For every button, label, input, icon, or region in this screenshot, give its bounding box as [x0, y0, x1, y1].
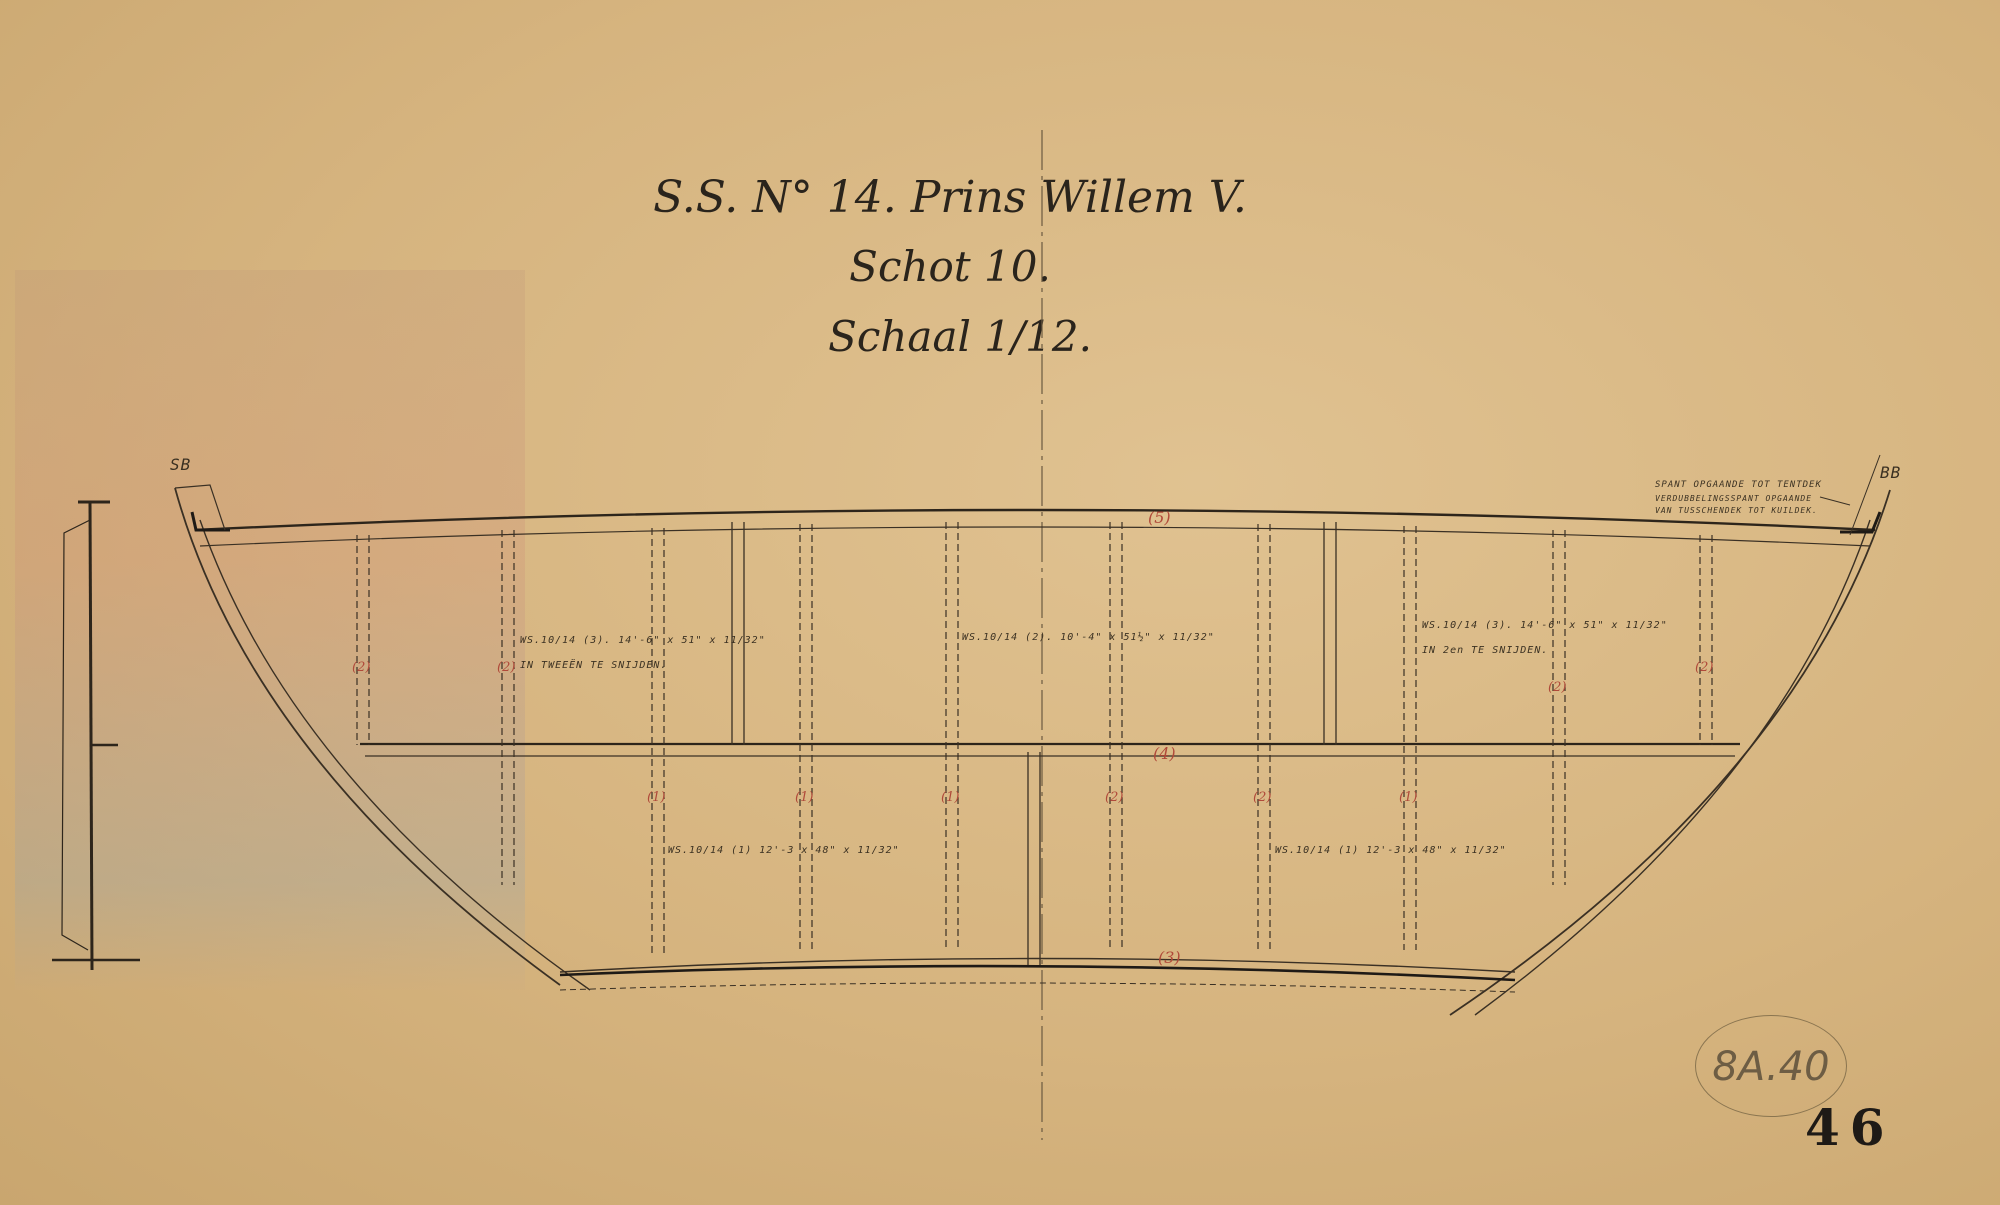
stiffener-mark: (1) [795, 790, 813, 805]
stiffener-mark: (1) [647, 790, 665, 805]
stiffener-mark: (2) [1105, 790, 1123, 805]
archive-id: 8A.40 [1696, 1044, 1846, 1090]
stiffener-mark: (1) [1399, 790, 1417, 805]
stiffener-mark: (1) [941, 790, 959, 805]
frame-note-line2: VERDUBBELINGSSPANT OPGAANDE [1655, 494, 1812, 503]
member-mark-middle: (4) [1153, 744, 1176, 763]
plate-spec-3: WS.10/14 (3). 14'-6" x 51" x 11/32" [1422, 620, 1668, 631]
plate-spec-4: WS.10/14 (1) 12'-3 x 48" x 11/32" [668, 845, 900, 856]
section-detail [52, 502, 140, 970]
corner-brackets [192, 512, 1880, 532]
side-label-right: BB [1880, 463, 1901, 482]
plate-spec-1: WS.10/14 (3). 14'-6" x 51" x 11/32" [520, 635, 766, 646]
frame-note-line3: VAN TUSSCHENDEK TOT KUILDEK. [1655, 506, 1818, 515]
stiffeners [357, 522, 1712, 955]
side-label-left: SB [170, 455, 191, 474]
drawing-sheet: S.S. N° 14. Prins Willem V. Schot 10. Sc… [0, 0, 2000, 1205]
hull-starboard-outer [1450, 490, 1890, 1015]
plate-note-3: IN 2en TE SNIJDEN. [1422, 645, 1548, 656]
plate-spec-2: WS.10/14 (2). 10'-4" x 51½" x 11/32" [962, 632, 1215, 643]
sheet-number: 46 [1805, 1098, 1895, 1157]
hull-port-outer [175, 488, 560, 985]
stiffener-mark: (2) [352, 660, 370, 675]
frame-note-line1: SPANT OPGAANDE TOT TENTDEK [1655, 480, 1822, 490]
member-mark-top: (5) [1148, 508, 1171, 527]
stiffener-mark: (2) [1548, 680, 1566, 695]
stiffener-mark: (2) [1695, 660, 1713, 675]
stiffener-mark: (2) [1253, 790, 1271, 805]
bulkhead-drawing [0, 0, 2000, 1205]
stiffener-mark: (2) [497, 660, 515, 675]
plate-note-1: IN TWEEËN TE SNIJDEN. [520, 660, 667, 671]
member-mark-bottom: (3) [1158, 948, 1181, 967]
plate-spec-5: WS.10/14 (1) 12'-3 x 48" x 11/32" [1275, 845, 1507, 856]
